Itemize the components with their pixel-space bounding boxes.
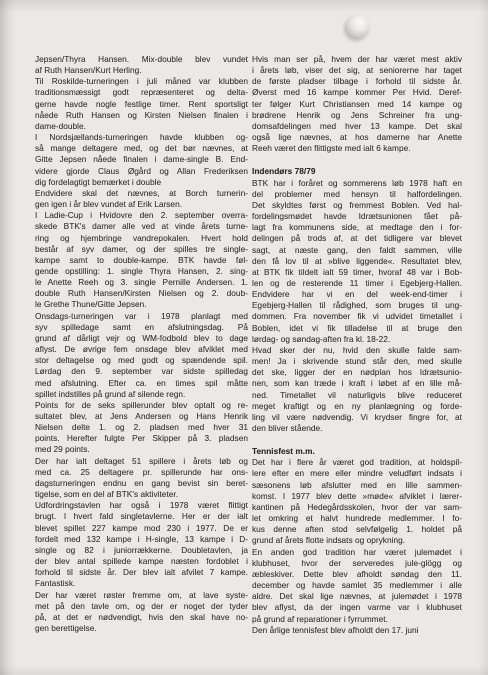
paragraph: Der har været røster fremme om, at lave … [35,590,248,635]
section-heading-indendoers: Indendørs 78/79 [252,166,462,177]
paragraph: Den årlige tennisfest blev afholdt den 1… [252,625,462,636]
paragraph: BTK har i foråret og sommerens løb 1978 … [252,178,462,345]
paragraph: Udfordringstavlen har også i 1978 været … [35,500,248,589]
paragraph: Hvis man ser på, hvem der har været mest… [252,54,462,154]
left-column: Jepsen/Thyra Hansen. Mix-double blev vun… [35,54,248,634]
paragraph: En anden god tradition har været julemød… [252,547,462,625]
paragraph: Der har ialt deltaget 51 spillere i året… [35,456,248,501]
scanned-page: Jepsen/Thyra Hansen. Mix-double blev vun… [0,0,488,675]
paragraph: Det har i flere år været god tradition, … [252,457,462,546]
section-heading-tennisfest: Tennisfest m.m. [252,446,462,457]
paragraph: Til Roskilde-turneringen i juli måned va… [35,76,248,132]
paragraph: Onsdags-turneringen var i 1978 planlagt … [35,311,248,400]
paragraph: Endvidere skal det nævnes, at Borch turn… [35,188,248,210]
hole-punch-icon [345,15,369,39]
right-column: Hvis man ser på, hvem der har været mest… [252,54,462,636]
paragraph: Hvad sker der nu, hvid den skulle falde … [252,345,462,434]
paragraph: Jepsen/Thyra Hansen. Mix-double blev vun… [35,54,248,76]
paragraph: I Nordsjællands-turneringen havde klubbe… [35,132,248,188]
paragraph: I Ladie-Cup i Hvidovre den 2. september … [35,210,248,310]
paragraph: Points for de seks spillerunder blev opt… [35,400,248,456]
